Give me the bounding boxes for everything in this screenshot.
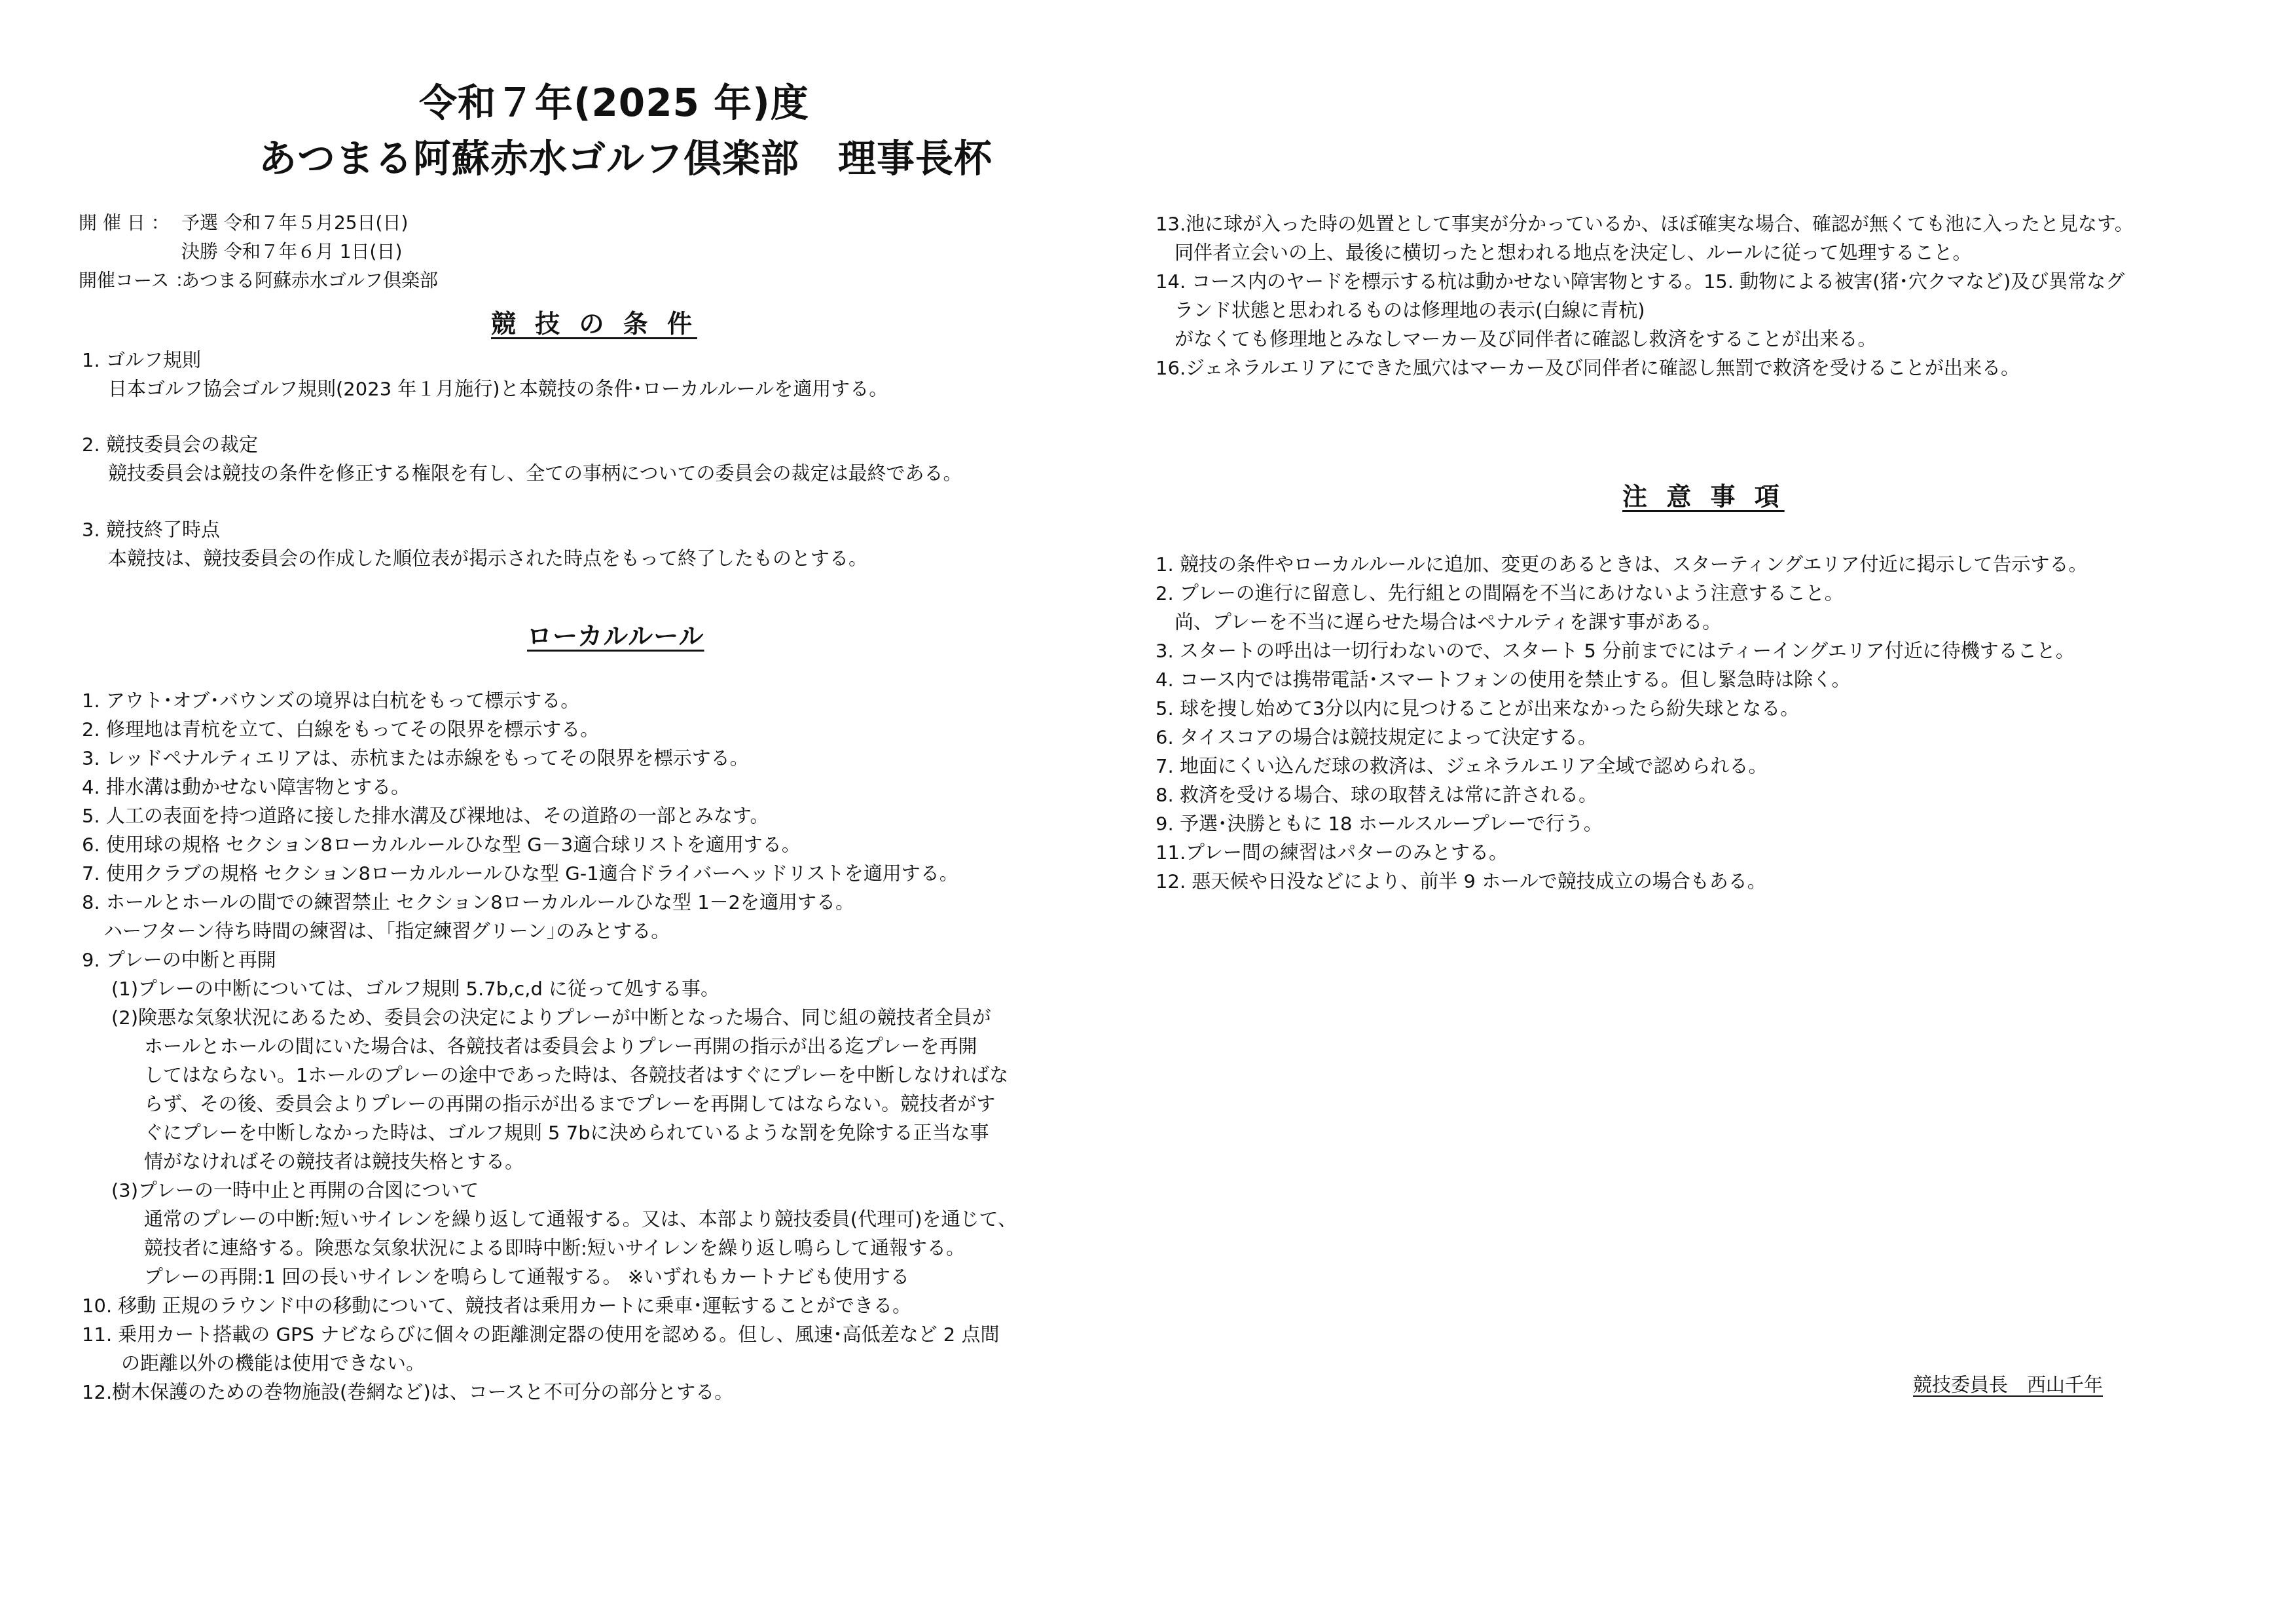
signature: 競技委員長 西山千年 (1913, 1371, 2103, 1397)
local-rule-9-1: (1)プレーの中断については、ゴルフ規則 5.7b,c,d に従って処する事。 (82, 974, 1017, 1003)
local-rule-8-cont: ハーフターン待ち時間の練習は、｢指定練習グリーン｣のみとする。 (82, 917, 1017, 946)
condition-3-title: 3. 競技終了時点 (82, 515, 220, 544)
notes-list: 1. 競技の条件やローカルルールに追加、変更のあるときは、スターティングエリア付… (1156, 550, 2088, 896)
local-rule-9-title: 9. プレーの中断と再開 (82, 946, 1017, 974)
local-rule: 6. 使用球の規格 セクション8ローカルルールひな型 G－3適合球リストを適用す… (82, 830, 1017, 859)
local-rules-heading: ローカルルール (527, 616, 704, 652)
condition-1-title: 1. ゴルフ規則 (82, 346, 201, 375)
note-item: 5. 球を捜し始めて3分以内に見つけることが出来なかったら紛失球となる。 (1156, 694, 2088, 723)
condition-1-body: 日本ゴルフ協会ゴルフ規則(2023 年１月施行)と本競技の条件･ローカルルールを… (108, 375, 888, 403)
local-rule-9-2-cont: ぐにプレーを中断しなかった時は、ゴルフ規則 5 7bに決められているような罰を免… (82, 1118, 1017, 1147)
local-rule-12: 12.樹木保護のための巻物施設(巻網など)は、コースと不可分の部分とする。 (82, 1378, 1017, 1407)
note-item: 11.プレー間の練習はパターのみとする。 (1156, 838, 2088, 867)
course-value: あつまる阿蘇赤水ゴルフ倶楽部 (181, 266, 438, 296)
note-item: 尚、プレーを不当に遅らせた場合はペナルティを課す事がある。 (1156, 608, 2088, 637)
note-item: 4. コース内では携帯電話･スマートフォンの使用を禁止する。但し緊急時は除く。 (1156, 665, 2088, 694)
local-rule: 16.ジェネラルエリアにできた風穴はマーカー及び同伴者に確認し無罰で救済を受ける… (1156, 354, 2134, 382)
local-rule-11: 11. 乗用カート搭載の GPS ナビならびに個々の距離測定器の使用を認める。但… (82, 1320, 1017, 1349)
local-rule: 14. コース内のヤードを標示する杭は動かせない障害物とする。15. 動物による… (1156, 267, 2134, 296)
local-rule-11-cont: の距離以外の機能は使用できない。 (82, 1349, 1017, 1378)
local-rule: 5. 人工の表面を持つ道路に接した排水溝及び裸地は、その道路の一部とみなす。 (82, 802, 1017, 830)
local-rule-9-3-cont: 競技者に連絡する。険悪な気象状況による即時中断:短いサイレンを繰り返し鳴らして通… (82, 1234, 1017, 1263)
local-rule-9-3-cont: 通常のプレーの中断:短いサイレンを繰り返して通報する。又は、本部より競技委員(代… (82, 1205, 1017, 1234)
local-rule: 4. 排水溝は動かせない障害物とする。 (82, 773, 1017, 802)
note-item: 6. タイスコアの場合は競技規定によって決定する。 (1156, 723, 2088, 752)
local-rule-10: 10. 移動 正規のラウンド中の移動について、競技者は乗用カートに乗車･運転する… (82, 1291, 1017, 1320)
note-item: 1. 競技の条件やローカルルールに追加、変更のあるときは、スターティングエリア付… (1156, 550, 2088, 579)
note-item: 7. 地面にくい込んだ球の救済は、ジェネラルエリア全域で認められる。 (1156, 752, 2088, 781)
date-final: 決勝 令和７年６月 1日(日) (181, 237, 402, 267)
condition-3-body: 本競技は、競技委員会の作成した順位表が掲示された時点をもって終了したものとする。 (108, 544, 867, 573)
date-label: 開 催 日 ： (79, 208, 170, 238)
local-rule-9-2-cont: らず、その後、委員会よりプレーの再開の指示が出るまでプレーを再開してはならない。… (82, 1090, 1017, 1118)
local-rule: 1. アウト･オブ･バウンズの境界は白杭をもって標示する。 (82, 686, 1017, 715)
local-rule: 2. 修理地は青杭を立て、白線をもってその限界を標示する。 (82, 715, 1017, 744)
local-rules-continued: 13.池に球が入った時の処置として事実が分かっているか、ほぼ確実な場合、確認が無… (1156, 210, 2134, 382)
local-rule-9-3-cont: プレーの再開:1 回の長いサイレンを鳴らして通報する。 ※いずれもカートナビも使… (82, 1263, 1017, 1291)
local-rule: がなくても修理地とみなしマーカー及び同伴者に確認し救済をすることが出来る。 (1156, 325, 2134, 354)
local-rule: 3. レッドペナルティエリアは、赤杭または赤線をもってその限界を標示する。 (82, 744, 1017, 773)
local-rule-9-2-cont: ホールとホールの間にいた場合は、各競技者は委員会よりプレー再開の指示が出る迄プレ… (82, 1032, 1017, 1061)
condition-2-body: 競技委員会は競技の条件を修正する権限を有し、全ての事柄についての委員会の裁定は最… (108, 459, 962, 488)
note-item: 3. スタートの呼出は一切行わないので、スタート 5 分前までにはティーイングエ… (1156, 637, 2088, 665)
local-rule: 13.池に球が入った時の処置として事実が分かっているか、ほぼ確実な場合、確認が無… (1156, 210, 2134, 238)
title-line2: あつまる阿蘇赤水ゴルフ倶楽部 理事長杯 (259, 128, 993, 183)
local-rule: 7. 使用クラブの規格 セクション8ローカルルールひな型 G-1適合ドライバーヘ… (82, 859, 1017, 888)
local-rule-9-2-cont: 情がなければその競技者は競技失格とする。 (82, 1147, 1017, 1176)
local-rule: 8. ホールとホールの間での練習禁止 セクション8ローカルルールひな型 1－2を… (82, 888, 1017, 917)
note-item: 12. 悪天候や日没などにより、前半 9 ホールで競技成立の場合もある。 (1156, 867, 2088, 896)
conditions-heading: 競 技 の 条 件 (491, 303, 697, 339)
local-rule-9-2-cont: してはならない。1ホールのプレーの途中であった時は、各競技者はすぐにプレーを中断… (82, 1061, 1017, 1090)
local-rule-9-3: (3)プレーの一時中止と再開の合図について (82, 1176, 1017, 1205)
local-rule-9-2: (2)険悪な気象状況にあるため、委員会の決定によりプレーが中断となった場合、同じ… (82, 1003, 1017, 1032)
condition-2-title: 2. 競技委員会の裁定 (82, 430, 258, 459)
local-rules-list: 1. アウト･オブ･バウンズの境界は白杭をもって標示する。 2. 修理地は青杭を… (82, 686, 1017, 1407)
note-item: 2. プレーの進行に留意し、先行組との間隔を不当にあけないよう注意すること。 (1156, 579, 2088, 608)
course-label: 開催コース ： (79, 266, 194, 296)
date-qualifier: 予選 令和７年５月25日(日) (181, 208, 408, 238)
local-rule: ランド状態と思われるものは修理地の表示(白線に青杭) (1156, 296, 2134, 325)
note-item: 9. 予選･決勝ともに 18 ホールスループレーで行う。 (1156, 809, 2088, 838)
title-line1: 令和７年(2025 年)度 (419, 72, 809, 127)
notes-heading: 注 意 事 項 (1622, 476, 1785, 512)
local-rule: 同伴者立会いの上、最後に横切ったと想われる地点を決定し、ルールに従って処理するこ… (1156, 238, 2134, 267)
note-item: 8. 救済を受ける場合、球の取替えは常に許される。 (1156, 781, 2088, 809)
